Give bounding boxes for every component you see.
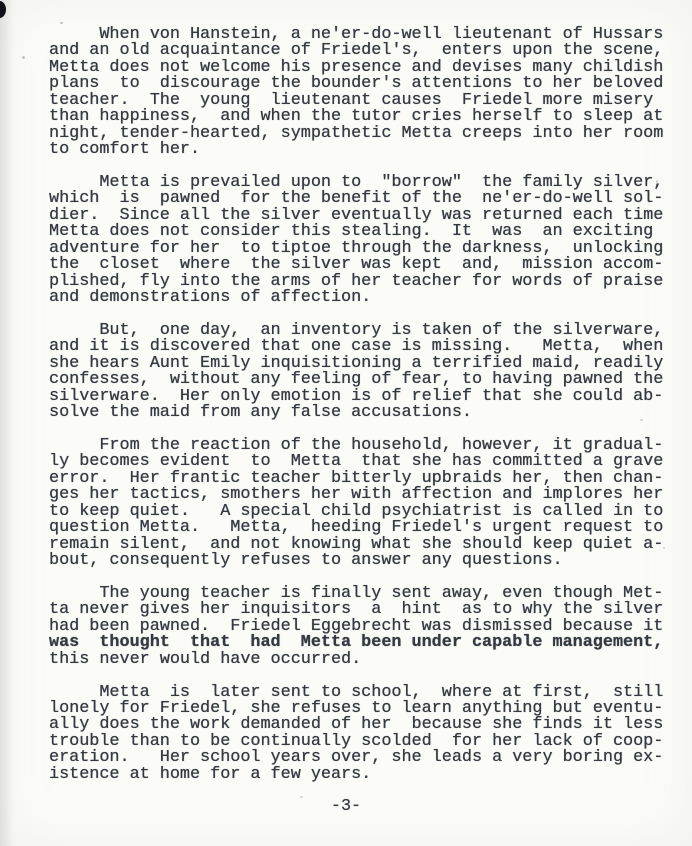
paragraph: The young teacher is finally sent away, … [49, 586, 663, 668]
scan-speck [663, 547, 665, 549]
text-line: bout, consequently refuses to answer any… [49, 553, 663, 569]
text-line: this never would have occurred. [49, 652, 663, 668]
text-line: istence at home for a few years. [49, 767, 663, 783]
page-number: -3- [0, 799, 692, 815]
scan-speck [60, 22, 63, 24]
text-line: solve the maid from any false accusation… [49, 405, 663, 421]
paragraph: From the reaction of the household, howe… [49, 438, 663, 570]
paragraph: Metta is prevailed upon to "borrow" the … [49, 175, 663, 307]
paragraph: When von Hanstein, a ne'er-do-well lieut… [49, 27, 663, 159]
document-page: When von Hanstein, a ne'er-do-well lieut… [0, 0, 692, 846]
document-body: When von Hanstein, a ne'er-do-well lieut… [49, 27, 663, 800]
paragraph: But, one day, an inventory is taken of t… [49, 323, 663, 422]
scan-edge-shading [0, 0, 14, 846]
paragraph: Metta is later sent to school, where at … [49, 685, 663, 784]
text-line: to comfort her. [49, 142, 663, 158]
text-line: and demonstrations of affection. [49, 290, 663, 306]
scan-speck [22, 56, 25, 59]
